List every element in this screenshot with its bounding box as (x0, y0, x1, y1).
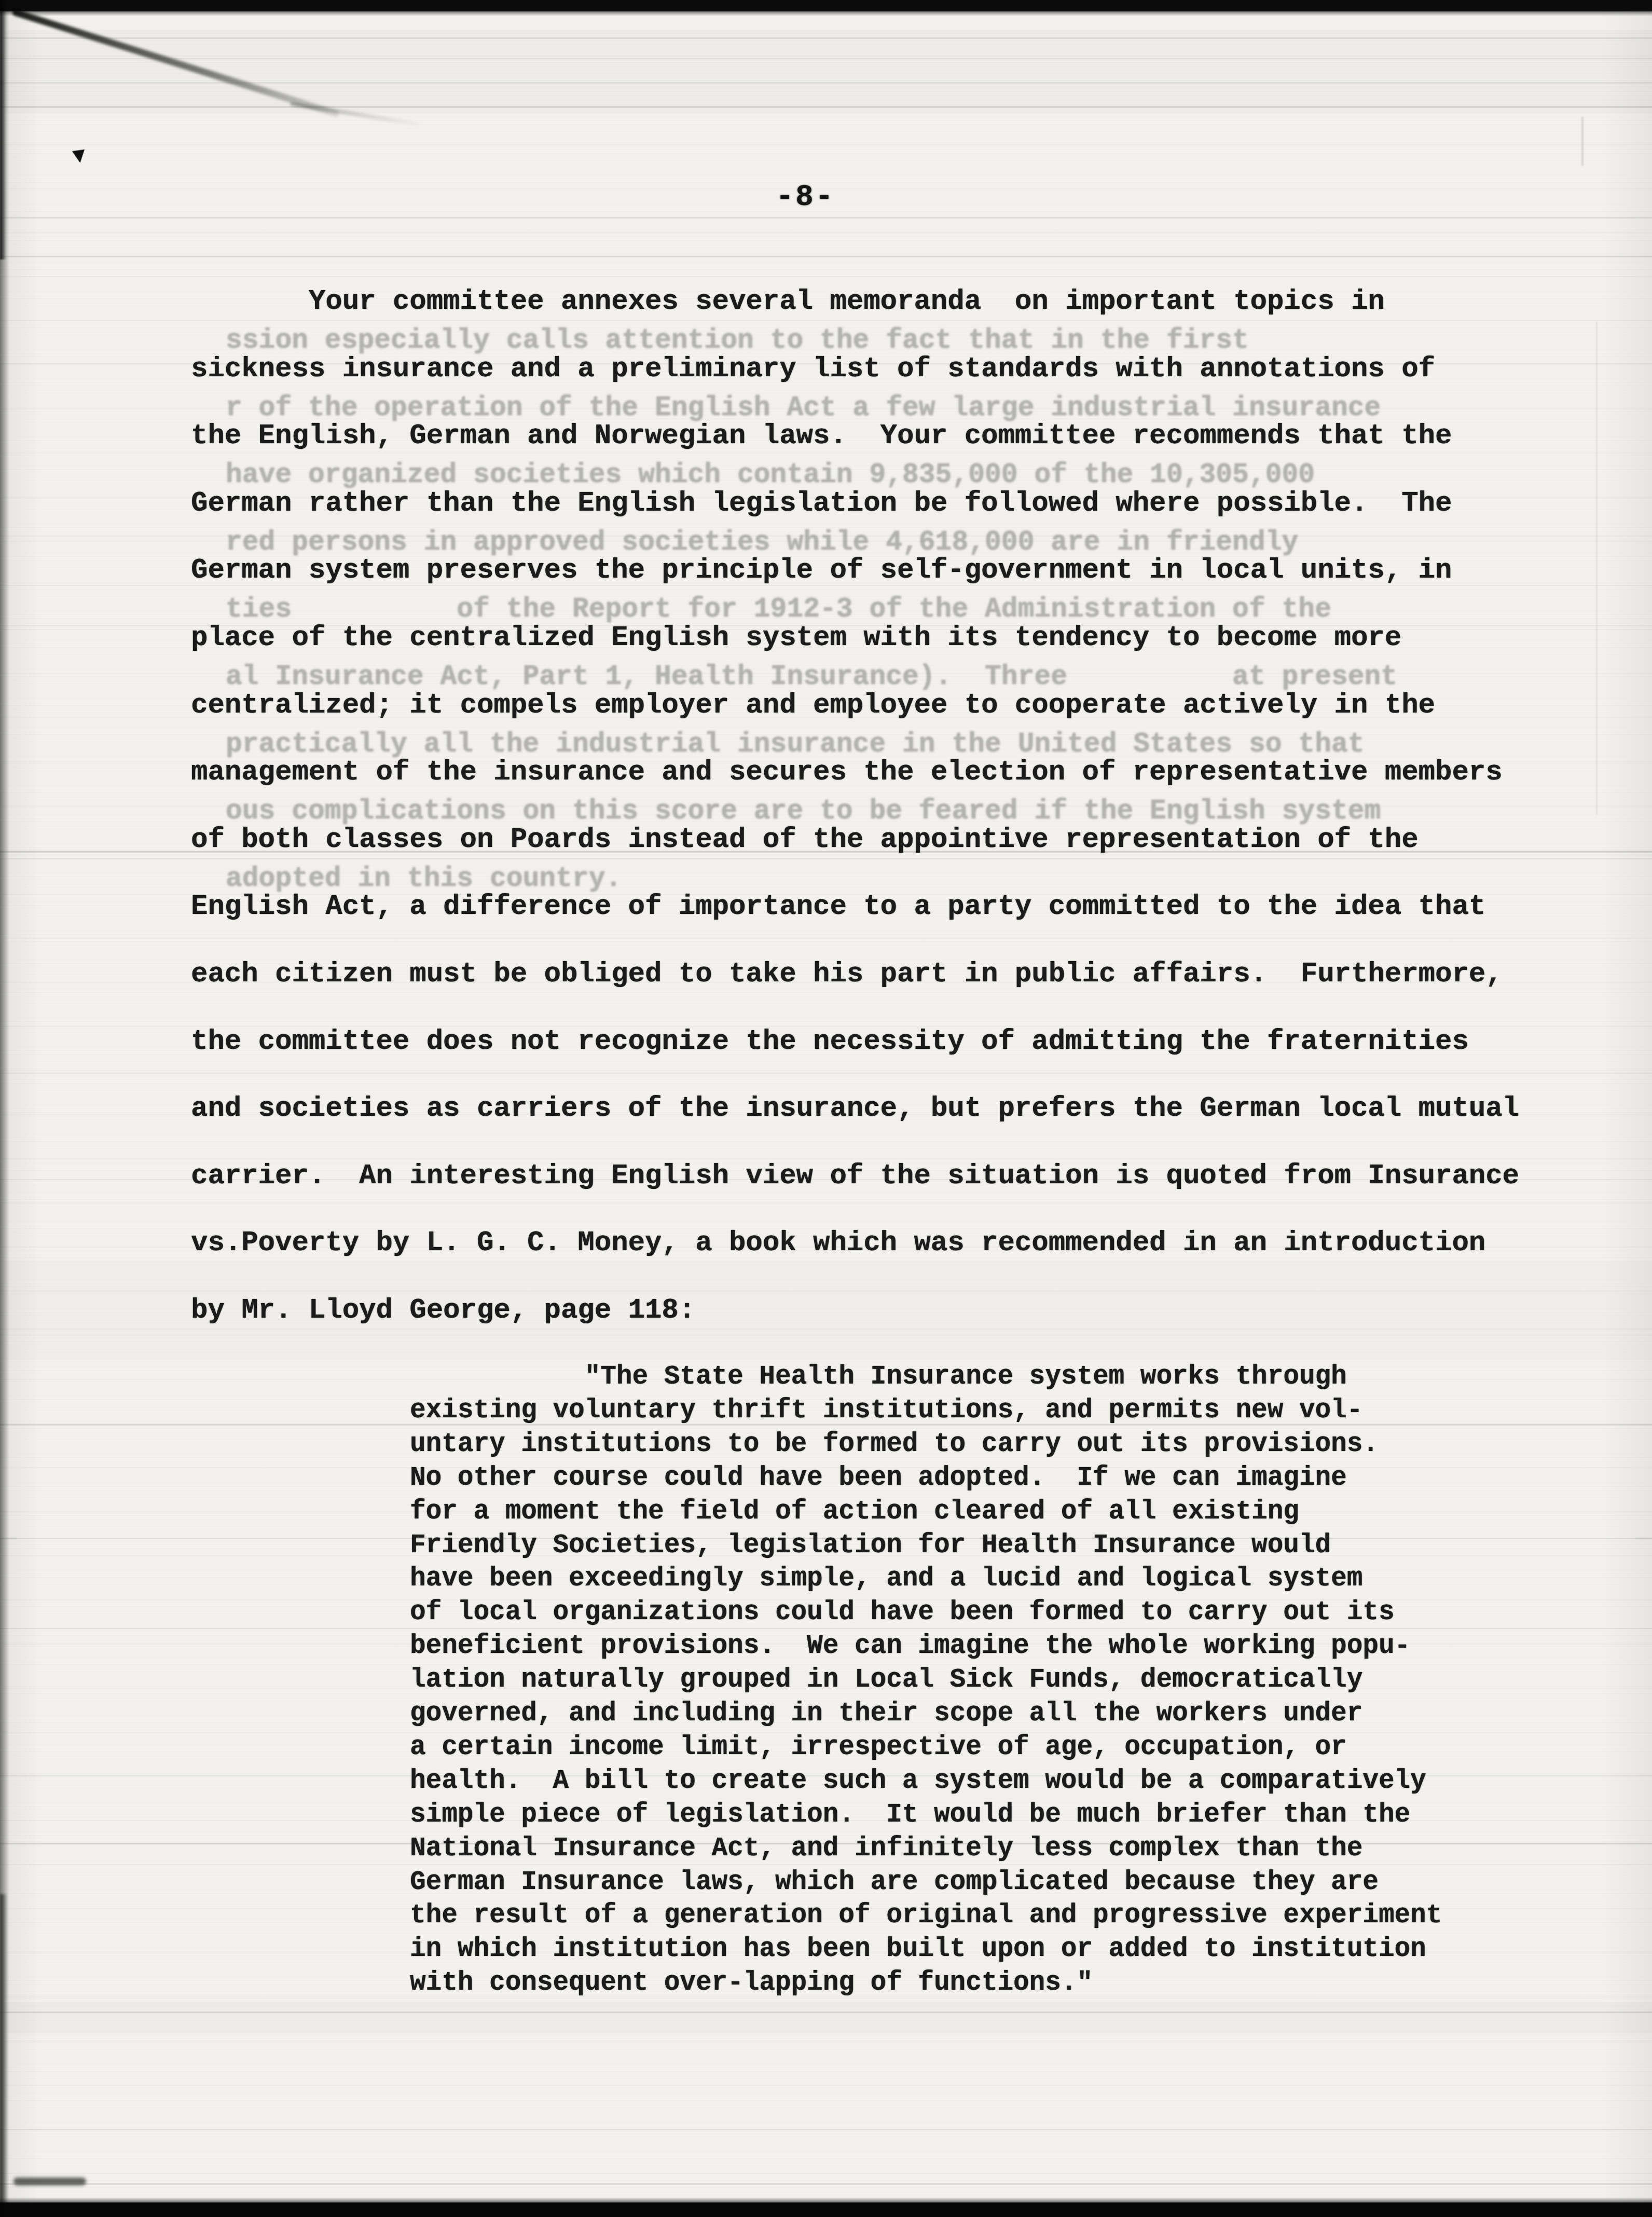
typed-line: by Mr. Lloyd George, page 118: (191, 1295, 695, 1326)
typed-line: the English, German and Norwegian laws. … (191, 421, 1452, 452)
quote-line: National Insurance Act, and infinitely l… (410, 1835, 1362, 1864)
typed-line: each citizen must be obliged to take his… (191, 959, 1503, 990)
quote-line: German Insurance laws, which are complic… (410, 1868, 1379, 1897)
scan-bottom-edge-fade (0, 2197, 1652, 2202)
scan-streak-vertical (1596, 322, 1598, 815)
scan-top-edge (0, 0, 1652, 11)
quote-line: simple piece of legislation. It would be… (410, 1801, 1410, 1830)
scan-left-edge-dark-bottom (0, 1894, 7, 2217)
quote-line: untary institutions to be formed to carr… (410, 1430, 1379, 1459)
bleedthrough-line: have organized societies which contain 9… (226, 459, 1315, 490)
quote-line: No other course could have been adopted.… (410, 1464, 1347, 1493)
scan-streak (0, 37, 1652, 39)
document-page: ▼ -8- Your committee annexes several mem… (0, 0, 1652, 2217)
bleedthrough-line: adopted in this country. (226, 863, 622, 894)
quote-line: lation naturally grouped in Local Sick F… (410, 1666, 1362, 1695)
typed-line: management of the insurance and secures … (191, 757, 1503, 788)
scan-streak-vertical (1581, 117, 1584, 166)
scan-streak (0, 256, 1652, 257)
scan-left-edge-dark-top (0, 0, 6, 259)
scan-streak (0, 2129, 1652, 2130)
scan-streak (0, 1073, 1652, 1074)
scan-left-edge (0, 0, 9, 2217)
quote-line: existing voluntary thrift institutions, … (410, 1397, 1362, 1426)
ink-blot: ▼ (71, 144, 87, 166)
scan-band (0, 2002, 1652, 2033)
quote-line: governed, and including in their scope a… (410, 1700, 1362, 1729)
quote-line: "The State Health Insurance system works… (410, 1363, 1347, 1392)
bleedthrough-line: r of the operation of the English Act a … (226, 392, 1381, 423)
scan-bottom-edge (0, 2202, 1652, 2217)
scan-top-edge-fade (0, 11, 1652, 16)
quote-line: have been exceedingly simple, and a luci… (410, 1565, 1362, 1594)
quote-line: in which institution has been built upon… (410, 1935, 1426, 1964)
typed-line: carrier. An interesting English view of … (191, 1161, 1519, 1192)
typed-line: the committee does not recognize the nec… (191, 1027, 1469, 1058)
scan-streak (0, 2183, 1652, 2185)
typed-line: place of the centralized English system … (191, 623, 1401, 654)
typed-line: vs.Poverty by L. G. C. Money, a book whi… (191, 1228, 1485, 1259)
scan-streak (0, 1628, 1652, 1629)
typed-line: of both classes on Poards instead of the… (191, 825, 1419, 856)
scan-streak (0, 858, 1652, 859)
quote-line: health. A bill to create such a system w… (410, 1767, 1426, 1796)
quote-line: of local organizations could have been f… (410, 1598, 1395, 1627)
bleedthrough-line: al Insurance Act, Part 1, Health Insuran… (226, 661, 1397, 692)
bleedthrough-line: red persons in approved societies while … (226, 527, 1298, 558)
quote-line: for a moment the field of action cleared… (410, 1498, 1299, 1527)
scan-band (0, 30, 1652, 113)
bleedthrough-line: ous complications on this score are to b… (226, 796, 1381, 827)
typed-line: German system preserves the principle of… (191, 555, 1452, 586)
quote-line: beneficient provisions. We can imagine t… (410, 1632, 1410, 1661)
page-number: -8- (753, 181, 857, 214)
scan-streak (0, 58, 1652, 59)
typed-line: centralized; it compels employer and emp… (191, 690, 1435, 721)
scan-streak (0, 217, 1652, 218)
bleedthrough-line: practically all the industrial insurance… (226, 729, 1365, 760)
quote-line: with consequent over-lapping of function… (410, 1969, 1093, 1998)
typed-line: German rather than the English legislati… (191, 488, 1452, 519)
bleedthrough-line: ties of the Report for 1912-3 of the Adm… (226, 594, 1331, 625)
typed-line: Your committee annexes several memoranda… (191, 286, 1385, 318)
quote-line: Friendly Societies, legislation for Heal… (410, 1531, 1331, 1561)
quote-line: the result of a generation of original a… (410, 1901, 1442, 1931)
page-corner-crease-tail (290, 102, 424, 127)
page-corner-crease (11, 8, 340, 118)
ink-smudge (13, 2178, 86, 2185)
typed-line: English Act, a difference of importance … (191, 892, 1485, 923)
scan-streak (0, 1329, 1652, 1330)
scan-streak (0, 106, 1652, 108)
typed-line: sickness insurance and a preliminary lis… (191, 354, 1435, 385)
scan-streak (0, 2011, 1652, 2013)
quote-line: a certain income limit, irrespective of … (410, 1733, 1347, 1762)
bleedthrough-line: ssion especially calls attention to the … (226, 325, 1249, 356)
typed-line: and societies as carriers of the insuran… (191, 1093, 1519, 1125)
